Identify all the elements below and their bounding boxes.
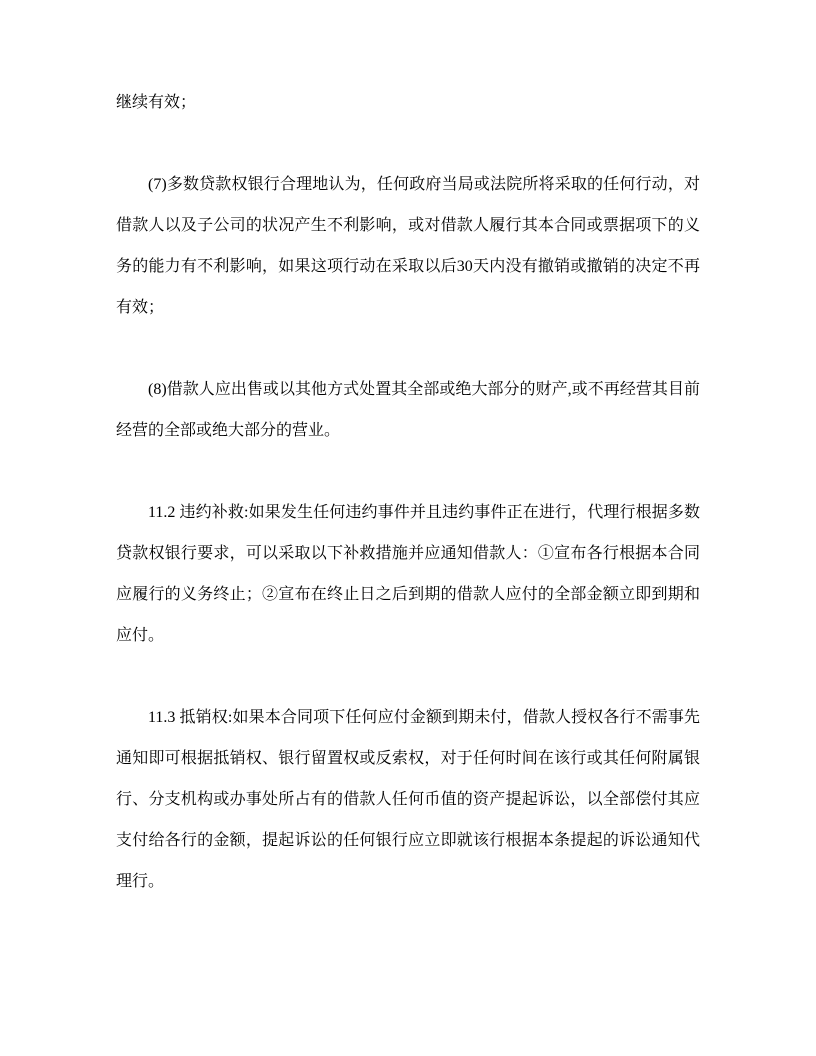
document-page: 继续有效； (7)多数贷款权银行合理地认为，任何政府当局或法院所将采取的任何行动… — [0, 0, 816, 1056]
clause-11-2-default-remedies-paragraph: 11.2 违约补救:如果发生任何违约事件并且违约事件正在进行，代理行根据多数贷款… — [116, 492, 700, 656]
clause-11-3-setoff-right-paragraph: 11.3 抵销权:如果本合同项下任何应付金额到期未付，借款人授权各行不需事先通知… — [116, 697, 700, 902]
clause-7-paragraph: (7)多数贷款权银行合理地认为，任何政府当局或法院所将采取的任何行动，对借款人以… — [116, 164, 700, 328]
clause-8-paragraph: (8)借款人应出售或以其他方式处置其全部或绝大部分的财产,或不再经营其目前经营的… — [116, 369, 700, 451]
paragraph-continuation: 继续有效； — [116, 82, 700, 123]
